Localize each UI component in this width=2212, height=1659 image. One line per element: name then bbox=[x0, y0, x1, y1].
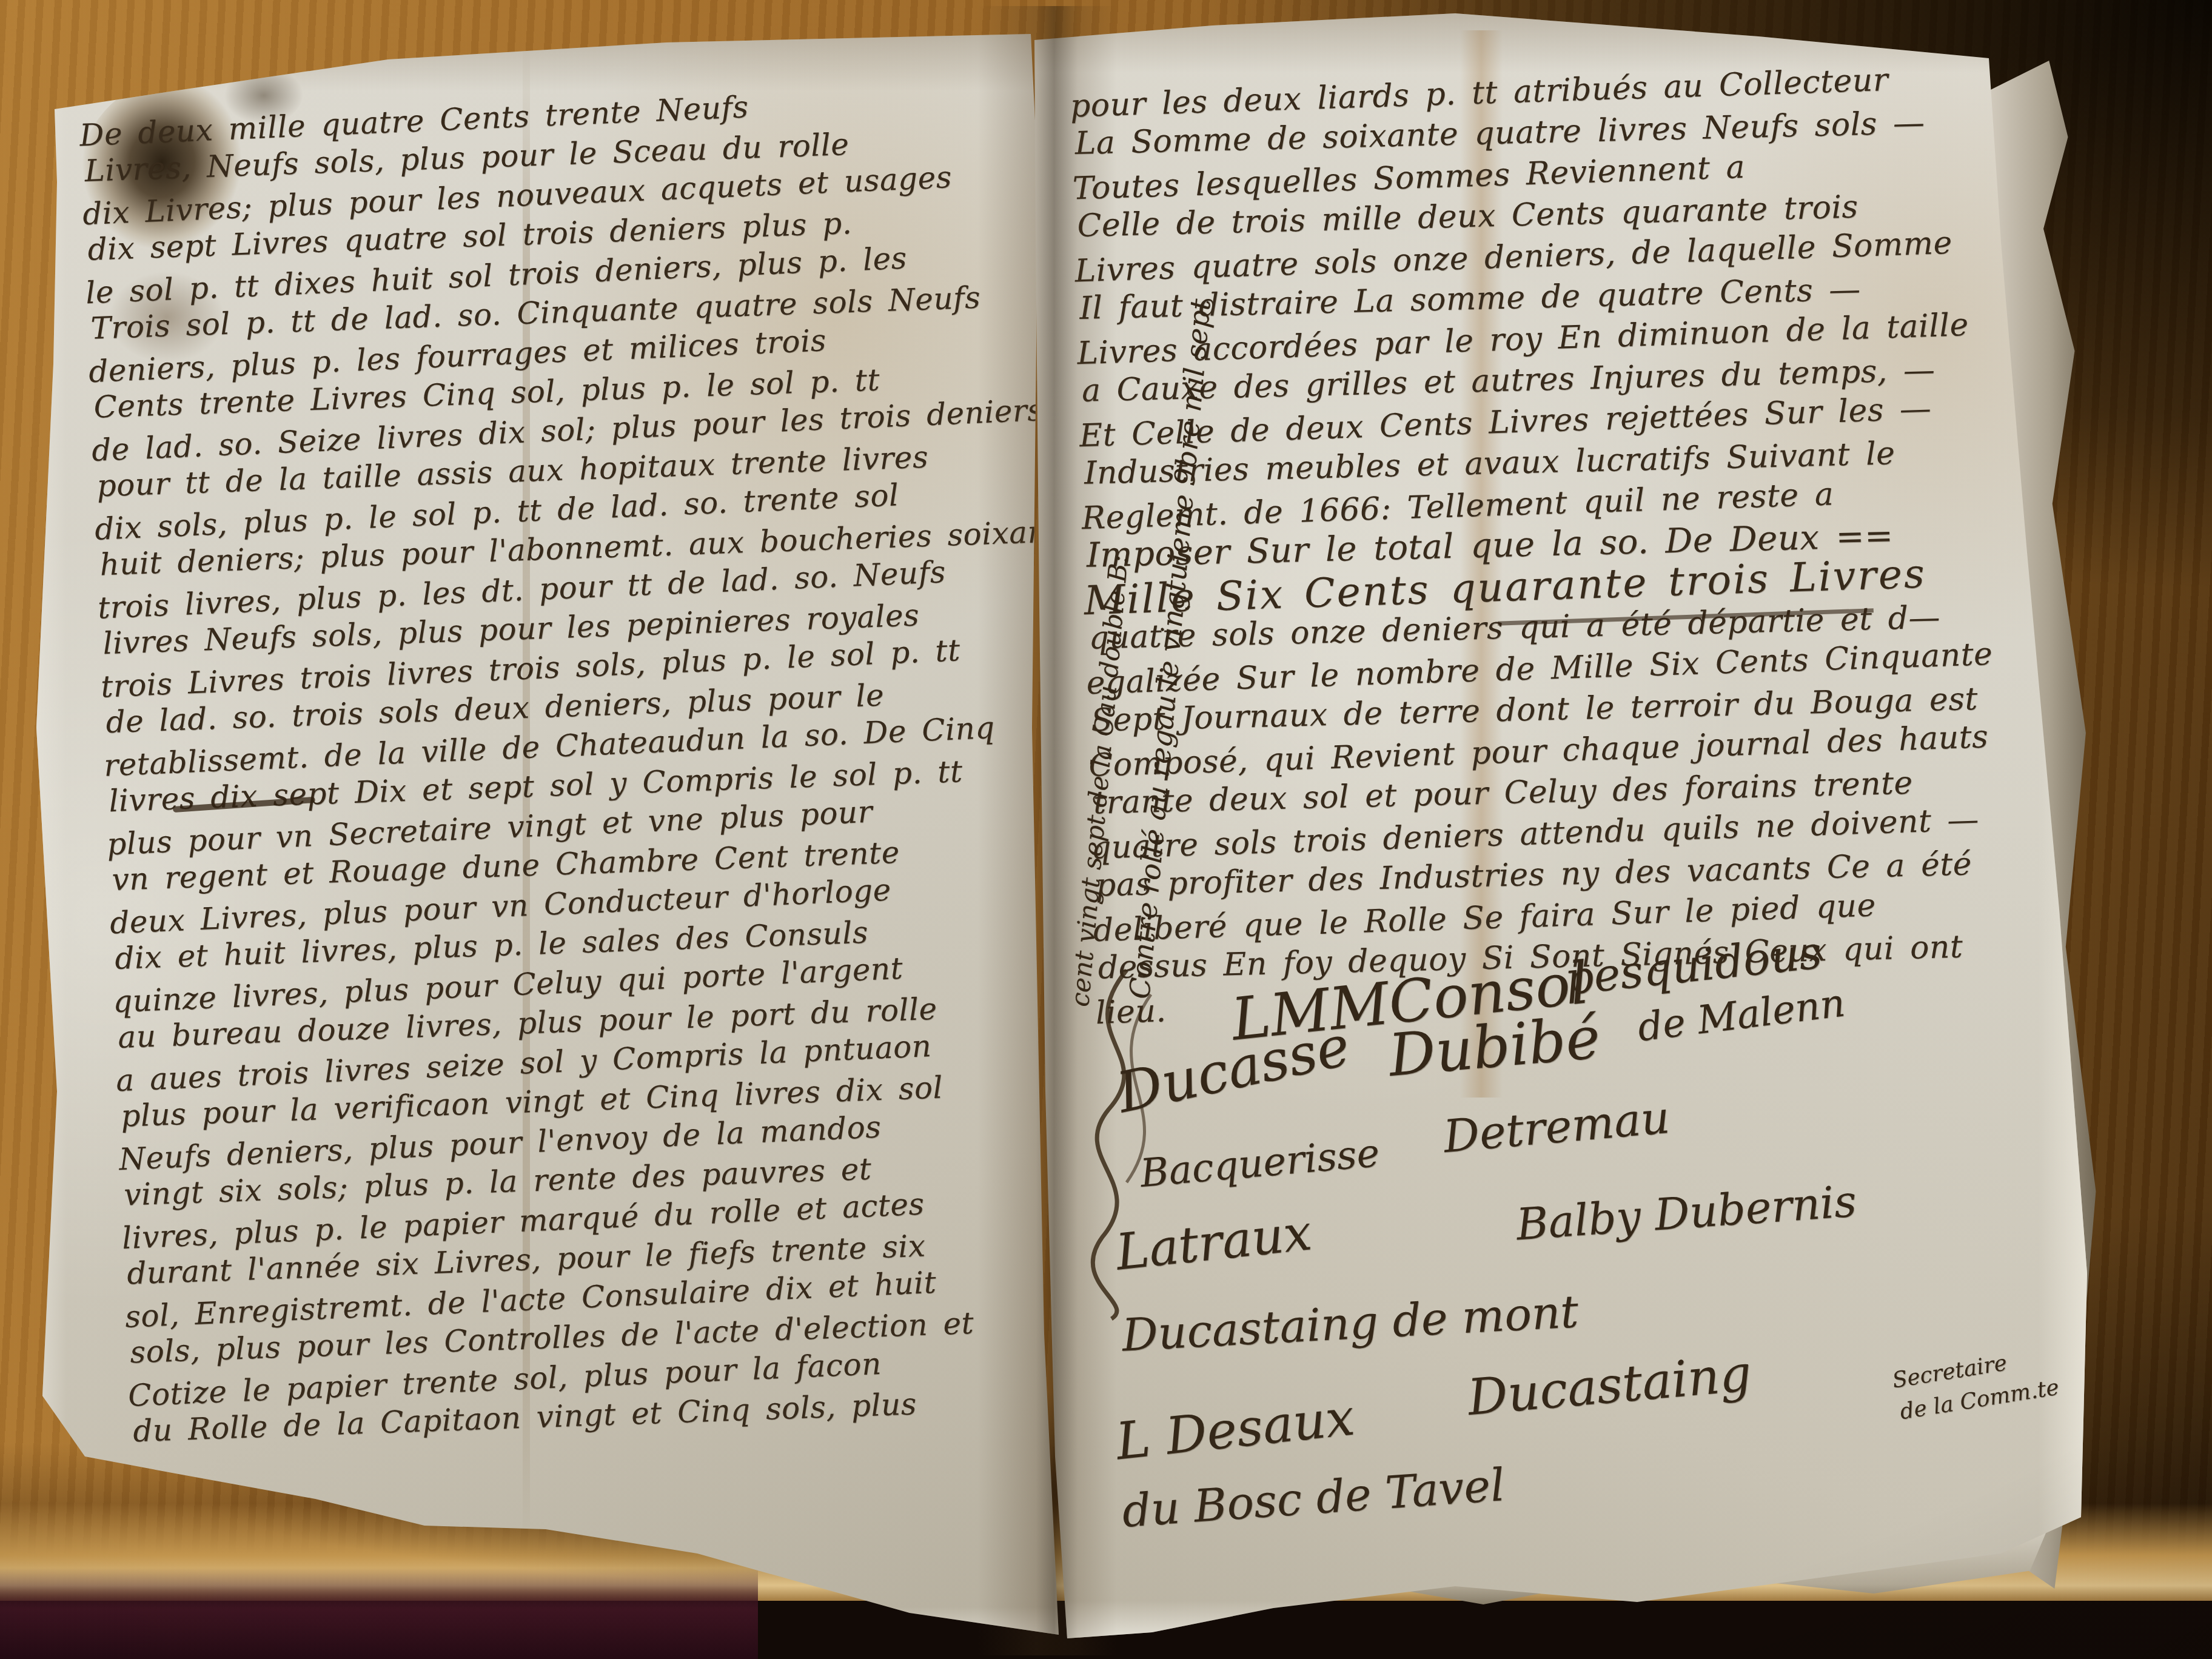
left-page-text: De deux mille quatre Cents trente NeufsL… bbox=[79, 77, 1061, 1453]
center-gutter-shadow bbox=[977, 6, 1117, 1655]
signature-detremau: Detremau bbox=[1441, 1091, 1672, 1163]
manuscript-photo: De deux mille quatre Cents trente NeufsL… bbox=[0, 0, 2212, 1659]
signature-desaux: L Desaux bbox=[1113, 1387, 1357, 1472]
signature-ducastaing-secretary: Ducastaing bbox=[1466, 1345, 1754, 1427]
signature-du-bosc-de-tavel: du Bosc de Tavel bbox=[1121, 1459, 1507, 1538]
right-page-text: pour les deux liards p. tt atribués au C… bbox=[1070, 56, 2078, 1032]
right-manuscript-page: pour les deux liards p. tt atribués au C… bbox=[1031, 6, 2093, 1643]
signature-balby-dubernis: Balby Dubernis bbox=[1515, 1175, 1858, 1250]
left-manuscript-page: De deux mille quatre Cents trente NeufsL… bbox=[18, 24, 1061, 1649]
